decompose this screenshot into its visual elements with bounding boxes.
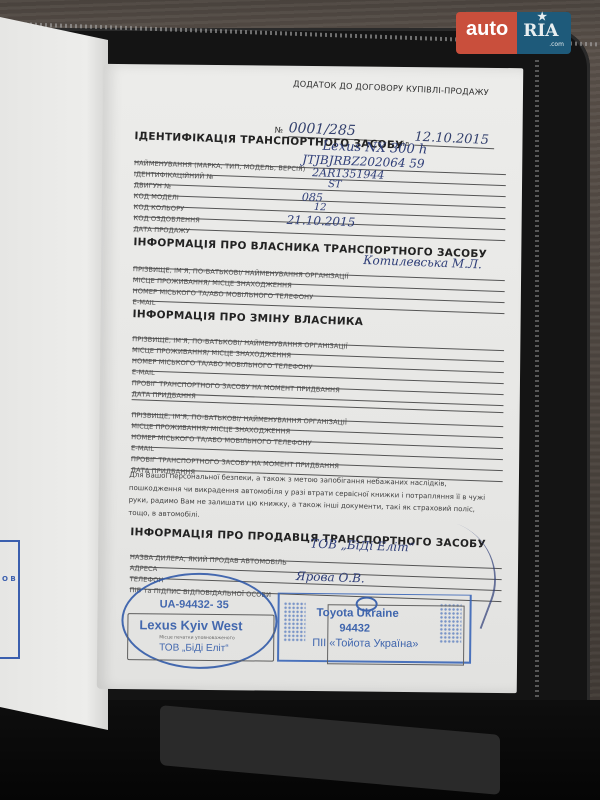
- left-page-stamp: [0, 540, 20, 659]
- zipper-right: [535, 60, 539, 700]
- handwritten-engine: 2AR1351944: [312, 166, 385, 182]
- stamp-dots-left: [283, 602, 305, 642]
- lexus-dealer-stamp: UA-94432- 35 Lexus Kyiv West Місце печат…: [121, 572, 278, 670]
- document-title: ДОДАТОК ДО ДОГОВОРУ КУПІВЛІ-ПРОДАЖУ: [293, 78, 489, 97]
- logo-ria-part: ★ RIA .com: [517, 12, 571, 54]
- section-owner-change-title: ІНФОРМАЦІЯ ПРО ЗМІНУ ВЛАСНИКА: [132, 308, 363, 328]
- left-page-stamp-text: О В: [2, 575, 16, 583]
- toyota-ukraine-stamp: Toyota Ukraine 94432 ПІІ «Тойота Україна…: [277, 593, 472, 664]
- service-book-page: ДОДАТОК ДО ДОГОВОРУ КУПІВЛІ-ПРОДАЖУ № 00…: [97, 64, 524, 693]
- handwritten-responsible-person: Ярова О.В.: [296, 569, 365, 586]
- logo-auto-part: auto: [456, 12, 517, 54]
- handwritten-model-code: ST: [328, 179, 342, 190]
- handwritten-trim-code: 12: [314, 202, 327, 213]
- handwritten-sale-date: 21.10.2015: [286, 213, 355, 230]
- autoria-watermark-logo: auto ★ RIA .com: [456, 12, 571, 54]
- number-label: №: [275, 126, 283, 135]
